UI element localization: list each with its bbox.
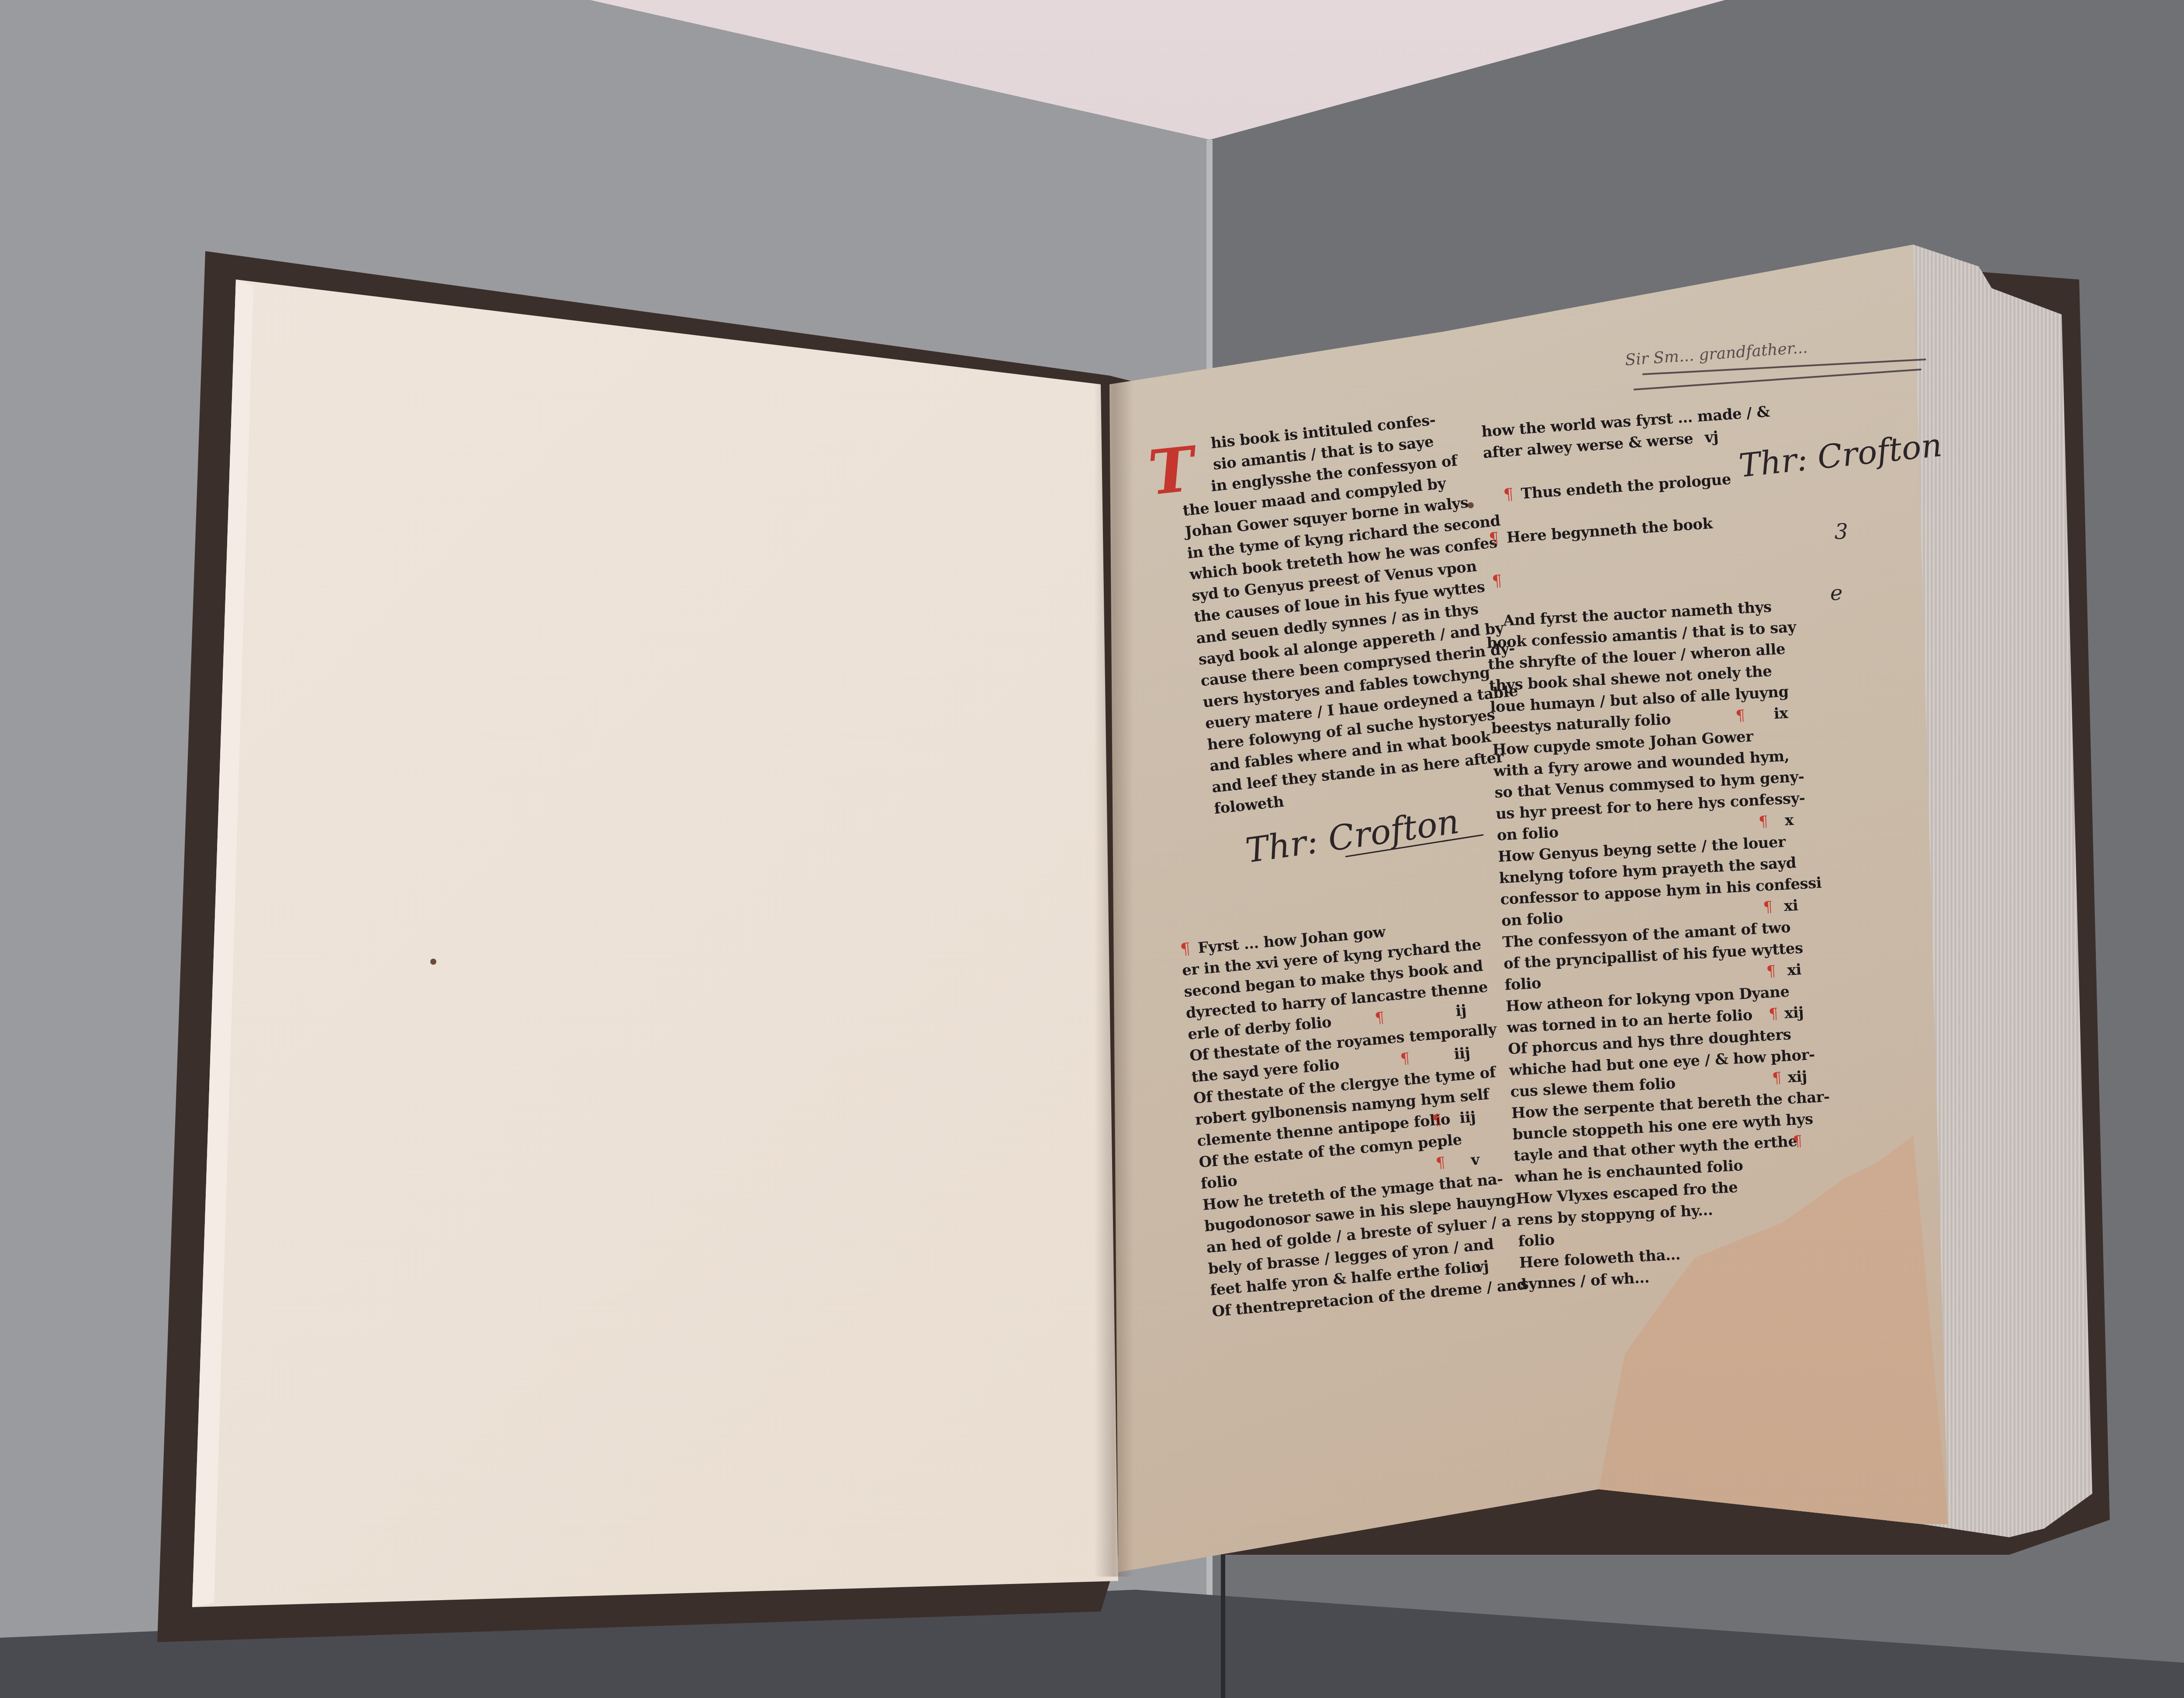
pilcrow-icon: ¶ (1435, 1152, 1446, 1174)
folio-number: vj (1704, 426, 1719, 449)
text-column-right: how the world was fyrst ... made / & aft… (1481, 401, 1789, 592)
pilcrow-icon: ¶ (1762, 897, 1773, 918)
text-column-left-bottom: ¶Fyrst ... how Johan gow er in the xvi y… (1179, 915, 1491, 1322)
gutter-shadow (1094, 380, 1133, 1577)
folio-number: ix (1773, 703, 1789, 725)
pilcrow-icon: ¶ (1491, 572, 1502, 590)
folio-number: vj (1474, 1256, 1489, 1278)
pilcrow-icon: ¶ (1758, 811, 1769, 833)
folio-number: iij (1458, 1107, 1476, 1129)
folio-number: ij (1455, 1000, 1467, 1022)
folio-number: xi (1787, 959, 1802, 981)
pilcrow-icon: ¶ (1766, 960, 1776, 982)
pilcrow-icon: ¶ (1768, 1003, 1779, 1025)
pilcrow-icon: ¶ (1431, 1109, 1442, 1132)
pilcrow-icon: ¶ (1735, 705, 1745, 727)
folio-number: x (1784, 810, 1794, 832)
folio-number: xij (1787, 1066, 1808, 1088)
margin-mark: e (1830, 581, 1842, 605)
pilcrow-icon: ¶ (1772, 1067, 1782, 1089)
pilcrow-icon: ¶ (1503, 485, 1514, 504)
pilcrow-icon: ¶ (1179, 940, 1191, 959)
paper-spot (430, 959, 436, 965)
folio-number: iij (1453, 1042, 1471, 1065)
text-column-left-top: his book is intituled confes- sio amanti… (1175, 404, 1529, 820)
folio-number: v (1470, 1149, 1480, 1171)
folio-number: xi (1783, 895, 1799, 917)
pilcrow-icon: ¶ (1792, 1131, 1803, 1153)
pilcrow-icon: ¶ (1488, 529, 1499, 548)
display-base-seam (1221, 1555, 1225, 1698)
pilcrow-icon: ¶ (1374, 1007, 1385, 1029)
text-column-right-entries: And fyrst the auctor nameth thys book co… (1485, 596, 1818, 1295)
margin-mark: 3 (1835, 520, 1848, 544)
pilcrow-icon: ¶ (1400, 1048, 1410, 1070)
folio-number: xij (1784, 1002, 1804, 1024)
